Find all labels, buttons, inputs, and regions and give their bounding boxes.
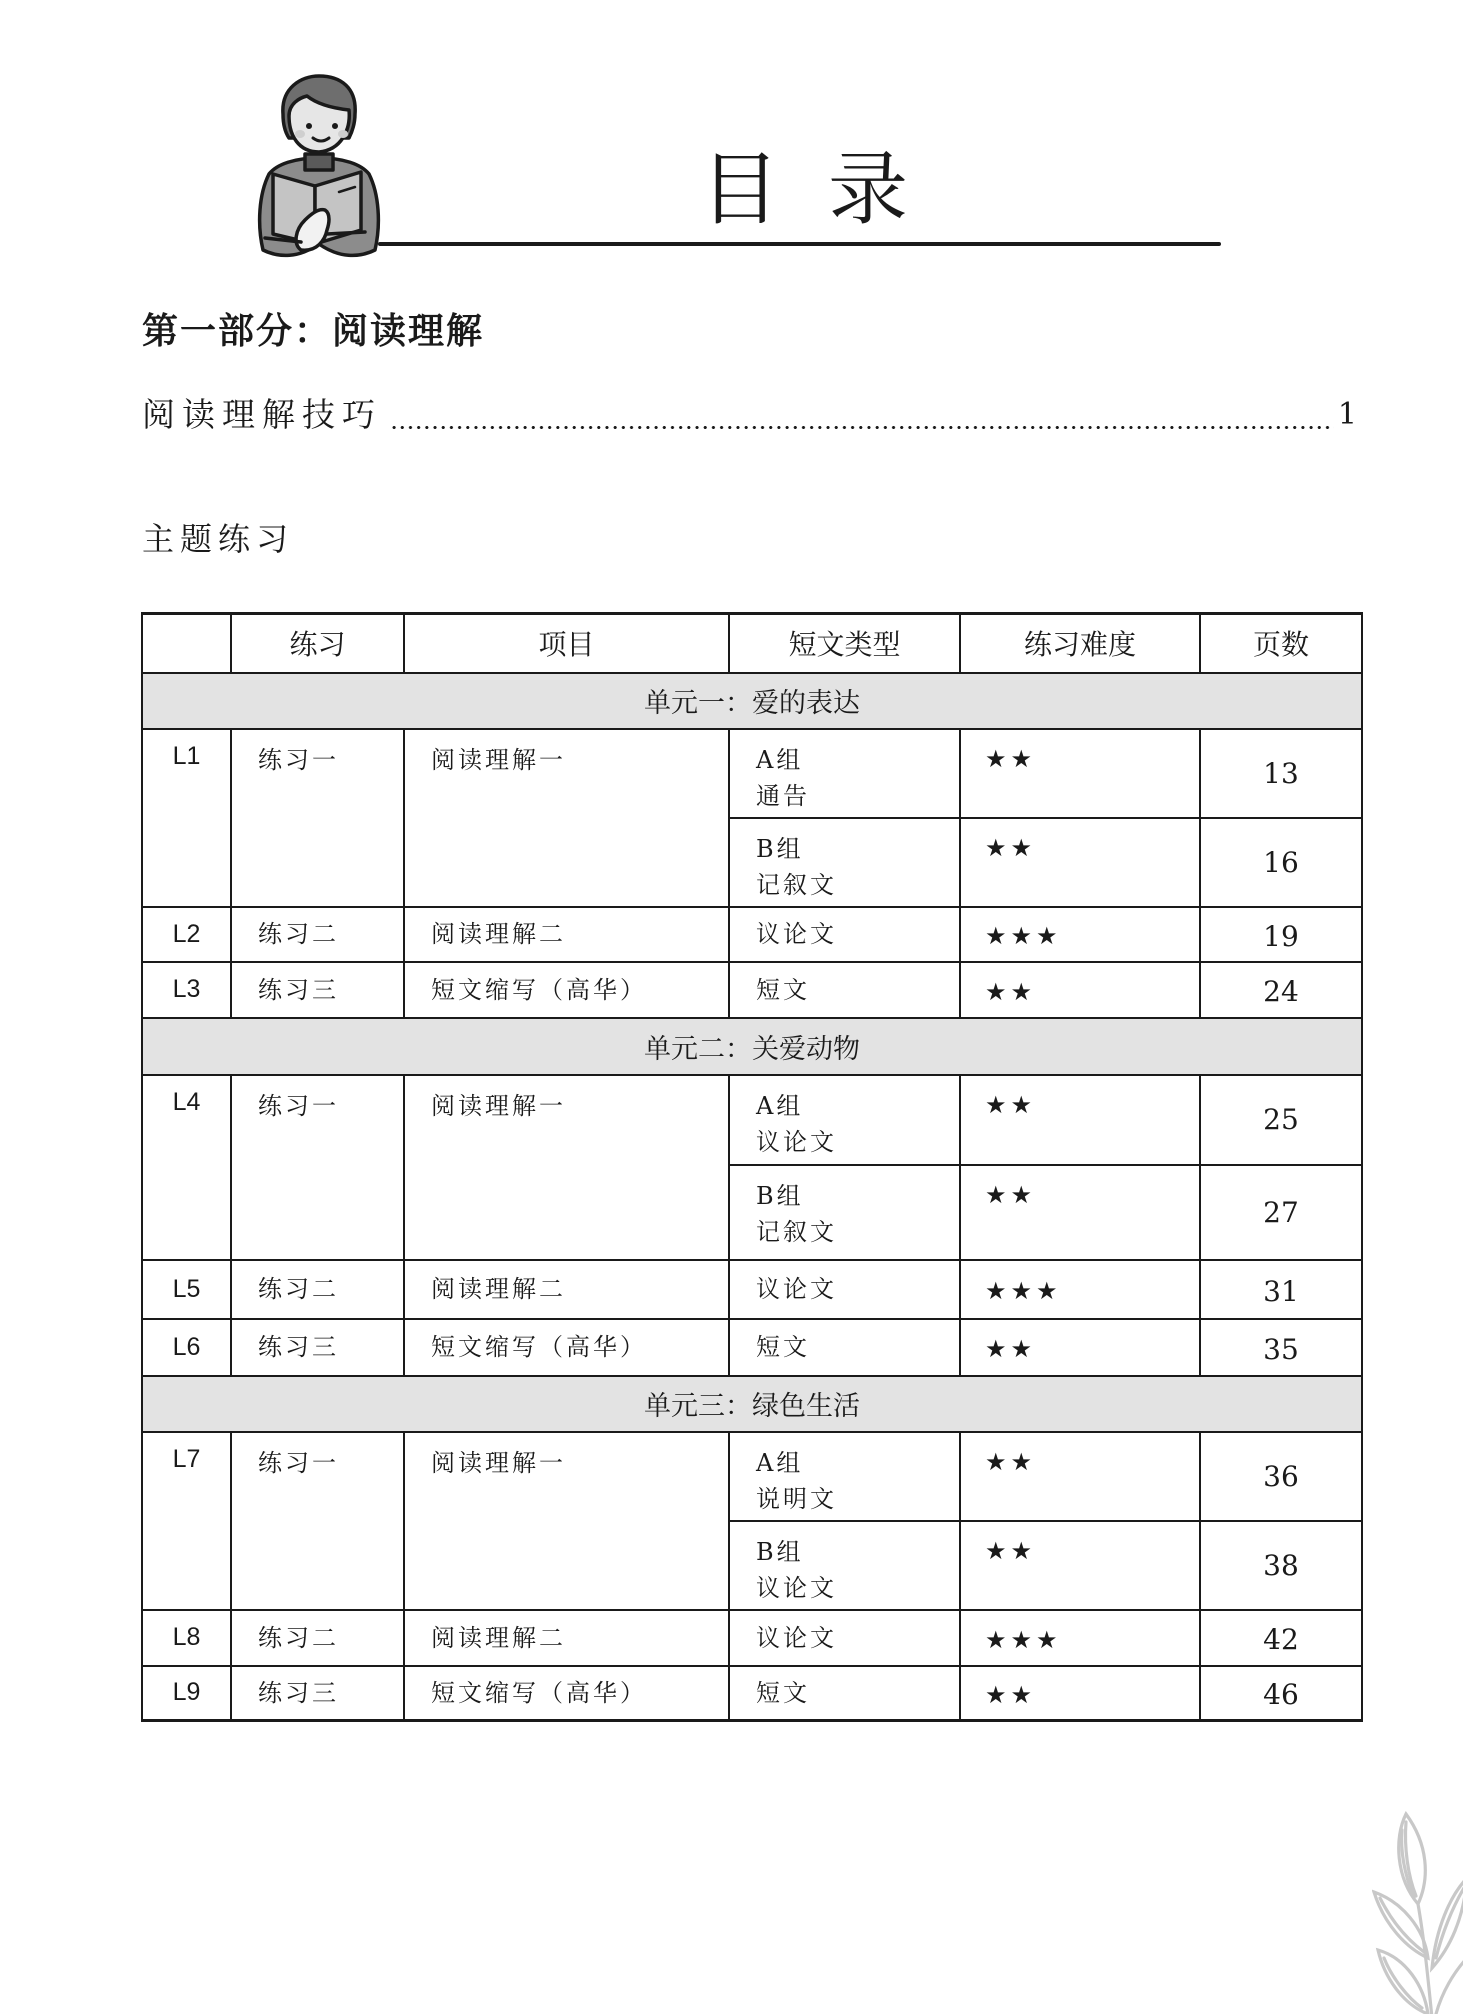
page-number[interactable]: 31 [1200,1260,1362,1319]
group-label: A组 [756,742,959,778]
lesson-id: L5 [142,1260,231,1319]
column-header-difficulty: 练习难度 [960,614,1200,673]
lesson-id: L9 [142,1666,231,1721]
difficulty-stars: ★★★ [960,1610,1200,1666]
table-row[interactable]: L1 练习一 阅读理解一 A组 通告 ★★ 13 [142,729,1362,818]
item-label: 短文缩写（高华） [404,1666,729,1721]
difficulty-stars: ★★ [960,729,1200,818]
group-label: B组 [756,1178,959,1214]
text-type: 短文 [729,1666,960,1721]
item-label: 阅读理解二 [404,1610,729,1666]
text-type: A组 说明文 [729,1432,960,1521]
item-label: 阅读理解一 [404,1075,729,1260]
page-number[interactable]: 13 [1200,729,1362,818]
unit-row: 单元二：关爱动物 [142,1018,1362,1075]
column-header-exercise: 练习 [231,614,404,673]
exercise-label: 练习一 [231,1432,404,1610]
lesson-id: L8 [142,1610,231,1666]
group-label: A组 [756,1088,959,1124]
column-header-id [142,614,231,673]
item-label: 阅读理解一 [404,729,729,907]
type-label: 议论文 [756,1124,959,1160]
type-label: 议论文 [756,1570,959,1606]
exercise-label: 练习二 [231,1610,404,1666]
dot-leader [390,426,1334,429]
exercise-label: 练习一 [231,1075,404,1260]
group-label: B组 [756,1534,959,1570]
lesson-id: L7 [142,1432,231,1610]
lesson-id: L1 [142,729,231,907]
unit-row: 单元一：爱的表达 [142,673,1362,729]
text-type: 短文 [729,962,960,1018]
page-number[interactable]: 42 [1200,1610,1362,1666]
leaf-decoration-icon [1372,1808,1463,2014]
text-type: 议论文 [729,907,960,962]
lesson-id: L4 [142,1075,231,1260]
lesson-id: L3 [142,962,231,1018]
text-type: B组 记叙文 [729,1165,960,1260]
toc-entry-label: 阅读理解技巧 [142,392,382,438]
item-label: 阅读理解二 [404,907,729,962]
table-row[interactable]: L6 练习三 短文缩写（高华） 短文 ★★ 35 [142,1319,1362,1376]
group-label: B组 [756,831,959,867]
difficulty-stars: ★★ [960,1319,1200,1376]
exercise-label: 练习一 [231,729,404,907]
difficulty-stars: ★★ [960,1521,1200,1610]
difficulty-stars: ★★★ [960,1260,1200,1319]
lesson-id: L6 [142,1319,231,1376]
text-type: 议论文 [729,1260,960,1319]
text-type: B组 议论文 [729,1521,960,1610]
table-row[interactable]: L9 练习三 短文缩写（高华） 短文 ★★ 46 [142,1666,1362,1721]
type-label: 说明文 [756,1481,959,1517]
text-type: B组 记叙文 [729,818,960,907]
column-header-item: 项目 [404,614,729,673]
group-label: A组 [756,1445,959,1481]
table-row[interactable]: L5 练习二 阅读理解二 议论文 ★★★ 31 [142,1260,1362,1319]
text-type: 议论文 [729,1610,960,1666]
exercise-label: 练习三 [231,1319,404,1376]
type-label: 记叙文 [756,1214,959,1250]
unit-title: 单元三：绿色生活 [142,1376,1362,1432]
type-label: 通告 [756,778,959,814]
toc-entry-page: 1 [1338,392,1357,438]
column-header-page: 页数 [1200,614,1362,673]
item-label: 短文缩写（高华） [404,962,729,1018]
difficulty-stars: ★★ [960,818,1200,907]
title-underline [378,242,1221,246]
text-type: A组 议论文 [729,1075,960,1165]
unit-title: 单元一：爱的表达 [142,673,1362,729]
item-label: 阅读理解一 [404,1432,729,1610]
difficulty-stars: ★★ [960,962,1200,1018]
exercise-label: 练习三 [231,1666,404,1721]
page-number[interactable]: 46 [1200,1666,1362,1721]
exercise-label: 练习三 [231,962,404,1018]
difficulty-stars: ★★ [960,1165,1200,1260]
difficulty-stars: ★★ [960,1666,1200,1721]
table-row[interactable]: L3 练习三 短文缩写（高华） 短文 ★★ 24 [142,962,1362,1018]
item-label: 短文缩写（高华） [404,1319,729,1376]
section-label: 主题练习 [142,516,294,562]
exercise-table: 练习 项目 短文类型 练习难度 页数 单元一：爱的表达 L1 练习一 阅读理解一… [141,612,1363,1722]
page-number[interactable]: 19 [1200,907,1362,962]
table-row[interactable]: L2 练习二 阅读理解二 议论文 ★★★ 19 [142,907,1362,962]
page-number[interactable]: 36 [1200,1432,1362,1521]
toc-entry-reading-skills[interactable]: 阅读理解技巧 1 [142,392,1357,438]
text-type: A组 通告 [729,729,960,818]
type-label: 记叙文 [756,867,959,903]
difficulty-stars: ★★ [960,1432,1200,1521]
difficulty-stars: ★★★ [960,907,1200,962]
item-label: 阅读理解二 [404,1260,729,1319]
exercise-label: 练习二 [231,1260,404,1319]
part-heading: 第一部分：阅读理解 [142,308,484,354]
page-number[interactable]: 27 [1200,1165,1362,1260]
table-row[interactable]: L4 练习一 阅读理解一 A组 议论文 ★★ 25 [142,1075,1362,1165]
page-number[interactable]: 16 [1200,818,1362,907]
unit-title: 单元二：关爱动物 [142,1018,1362,1075]
exercise-label: 练习二 [231,907,404,962]
table-row[interactable]: L8 练习二 阅读理解二 议论文 ★★★ 42 [142,1610,1362,1666]
difficulty-stars: ★★ [960,1075,1200,1165]
page-number[interactable]: 24 [1200,962,1362,1018]
page-title: 目录 [700,140,960,240]
page-number[interactable]: 38 [1200,1521,1362,1610]
page-number[interactable]: 35 [1200,1319,1362,1376]
boy-reading-illustration [255,74,383,260]
table-row[interactable]: L7 练习一 阅读理解一 A组 说明文 ★★ 36 [142,1432,1362,1521]
table-header-row: 练习 项目 短文类型 练习难度 页数 [142,614,1362,673]
page-number[interactable]: 25 [1200,1075,1362,1165]
lesson-id: L2 [142,907,231,962]
column-header-text-type: 短文类型 [729,614,960,673]
unit-row: 单元三：绿色生活 [142,1376,1362,1432]
text-type: 短文 [729,1319,960,1376]
